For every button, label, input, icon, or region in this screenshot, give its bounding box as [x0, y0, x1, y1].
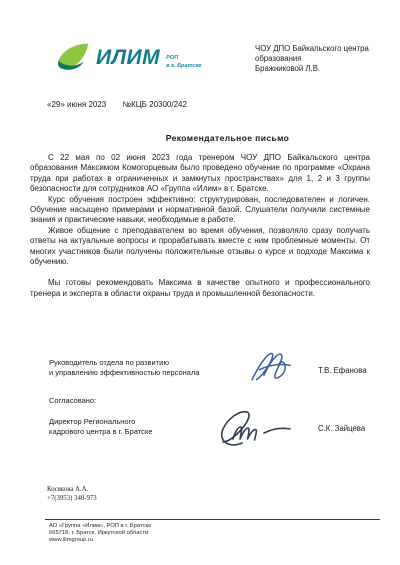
recipient-line: образования: [255, 54, 369, 64]
logo-wordmark: ИЛИМ: [96, 42, 160, 74]
reference-line: «29» июня 2023 №КЦБ 20300/242: [47, 100, 187, 109]
contact-phone: +7(3953) 340-973: [47, 495, 97, 504]
paragraph: Курс обучения построен эффективно: струк…: [30, 195, 370, 226]
signer-role-zaytseva: Директор Регионального кадрового центра …: [49, 417, 152, 437]
logo-subtitle-line1: РОП: [166, 55, 201, 63]
logo-subtitle-line2: в г. Братске: [166, 63, 201, 71]
footer-divider: [45, 519, 380, 520]
letter-date: «29» июня 2023: [47, 100, 106, 109]
signature-efanova-icon: [243, 349, 301, 387]
role-line: Директор Регионального: [49, 417, 152, 427]
leaf-icon: [55, 42, 91, 74]
role-line: и управлению эффективностью персонала: [49, 368, 200, 378]
recipient-line: Бражниковой Л.В.: [255, 64, 369, 74]
signer-name-zaytseva: С.К. Зайцева: [318, 424, 365, 433]
recipient-line: ЧОУ ДПО Байкальского центра: [255, 44, 369, 54]
document-page: ИЛИМ РОП в г. Братске ЧОУ ДПО Байкальско…: [0, 0, 400, 565]
paragraph: Мы готовы рекомендовать Максима в качест…: [30, 278, 370, 299]
signature-stroke: [264, 428, 290, 433]
recipient-block: ЧОУ ДПО Байкальского центра образования …: [255, 44, 369, 74]
footer-block: АО «Группа «Илим», РОП в г. Братске 6657…: [49, 523, 151, 545]
signature-zaytseva-icon: [212, 407, 298, 449]
signer-role-efanova: Руководитель отдела по развитию и управл…: [49, 358, 200, 378]
logo-subtitle: РОП в г. Братске: [166, 46, 201, 70]
contact-person: Косякова А.А.: [47, 486, 97, 495]
letter-title: Рекомендательное письмо: [85, 133, 370, 143]
role-line: Руководитель отдела по развитию: [49, 358, 200, 368]
contact-block: Косякова А.А. +7(3953) 340-973: [47, 486, 97, 503]
ilim-logo: ИЛИМ РОП в г. Братске: [55, 42, 202, 74]
approval-label: Согласовано:: [49, 396, 96, 405]
paragraph: Живое общение с преподавателем во время …: [30, 226, 370, 268]
signer-name-efanova: Т.В. Ефанова: [318, 366, 367, 375]
footer-website: www.ilimgroup.ru: [49, 537, 151, 544]
letter-number: №КЦБ 20300/242: [123, 100, 187, 109]
paragraph: С 22 мая по 02 июня 2023 года тренером Ч…: [30, 153, 370, 195]
footer-address: 665718, г. Братск, Иркутской области: [49, 530, 151, 537]
signature-stroke: [222, 412, 249, 445]
letter-body: С 22 мая по 02 июня 2023 года тренером Ч…: [30, 153, 370, 299]
role-line: кадрового центра в г. Братске: [49, 427, 152, 437]
